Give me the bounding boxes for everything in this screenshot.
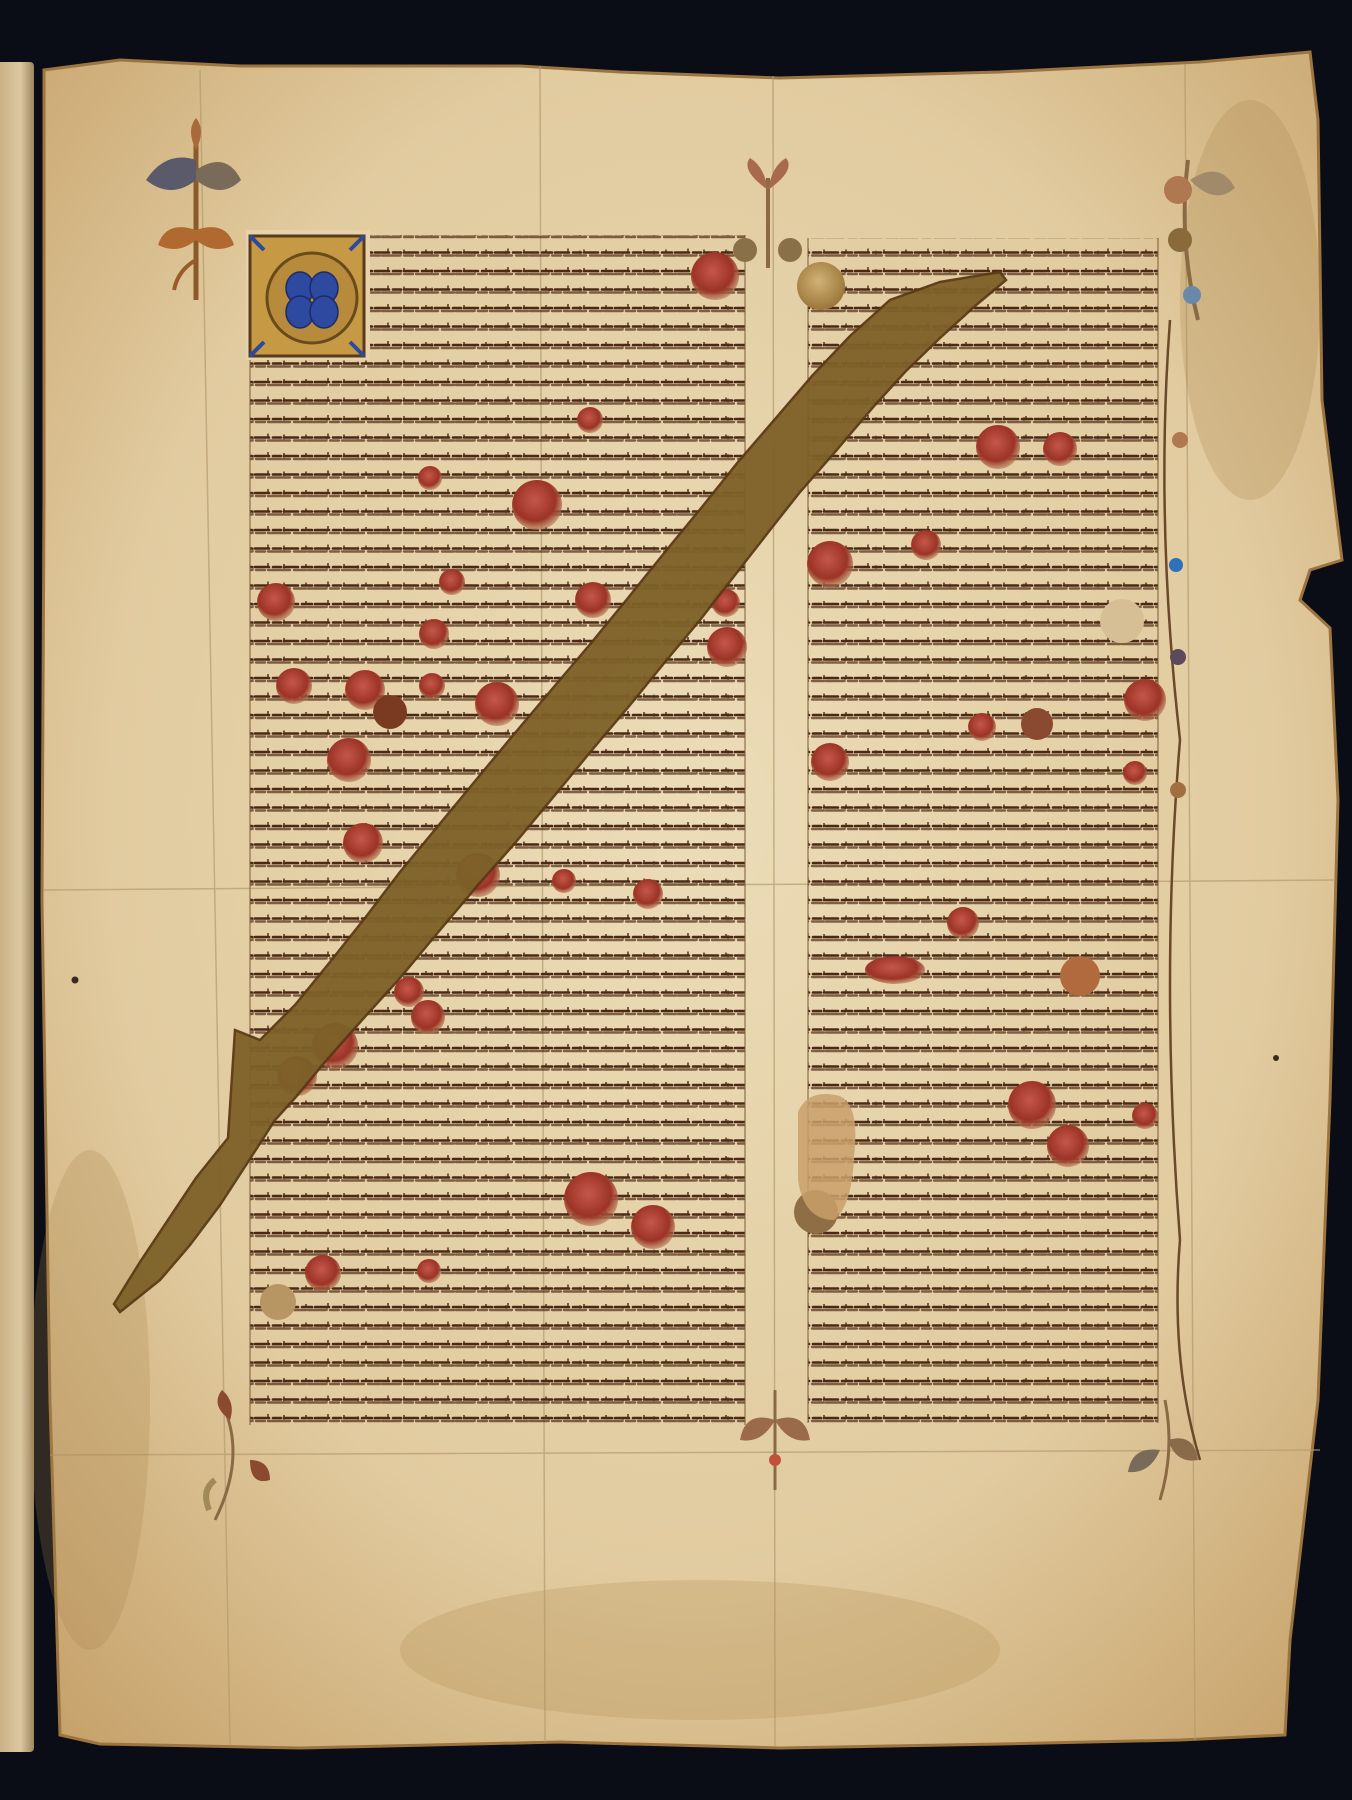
ink-dot — [1273, 1055, 1279, 1061]
illuminated-initial — [250, 236, 364, 356]
ink-dot — [72, 977, 79, 984]
manuscript-photo — [0, 0, 1352, 1800]
manuscript-page — [0, 0, 1352, 1800]
